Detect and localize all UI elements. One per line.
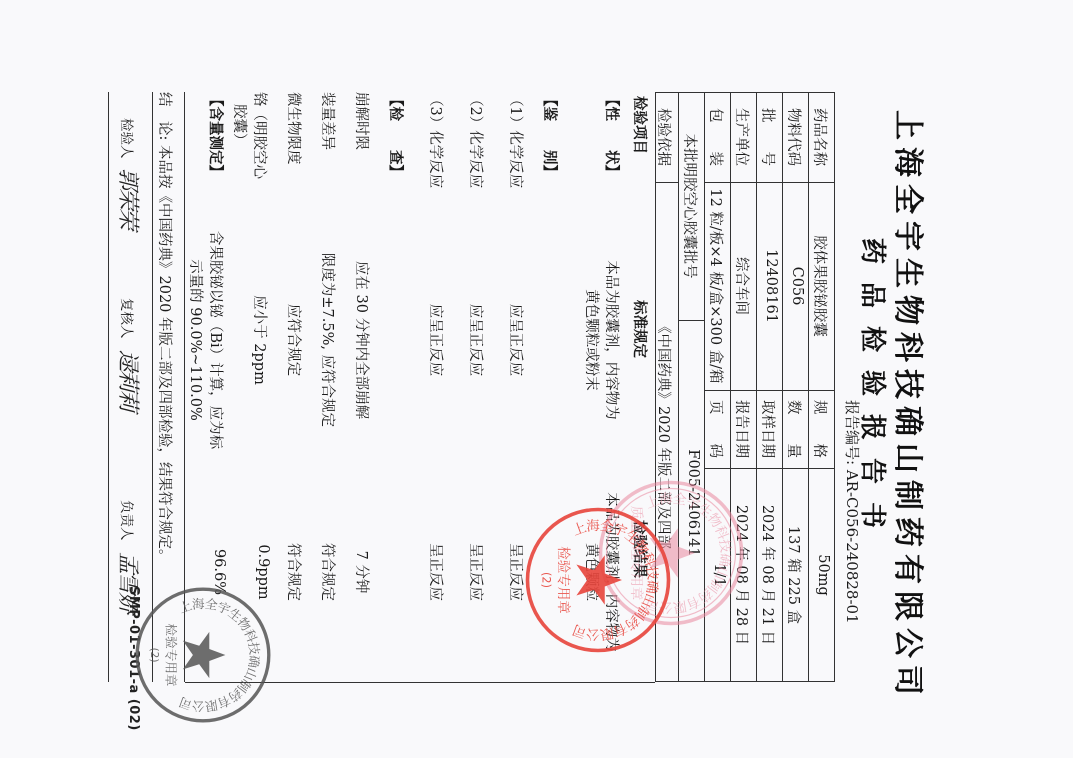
report-number: 报告编号: AR-C056-240828-01 <box>842 400 863 624</box>
test-item: 崩解时限 <box>352 92 373 150</box>
divider <box>808 92 809 682</box>
responsible-label: 负责人 <box>118 500 138 541</box>
divider <box>108 92 109 682</box>
col-item: 检验项目 <box>630 96 651 154</box>
info-label: 包 装 <box>706 92 727 182</box>
info-label: 药品名称 <box>810 92 831 182</box>
info-label: 批 号 <box>758 92 779 182</box>
standard-spec: 应呈正反应 <box>506 220 527 460</box>
info-label: 物料代码 <box>784 92 805 182</box>
info-label: 生产单位 <box>732 92 753 182</box>
test-item: 微生物限度 <box>284 92 305 165</box>
test-result: 7 分钟 <box>352 462 373 682</box>
inspection-stamp-red: 上海全宇生物科技确山制药有限公司检验专用章(2) <box>523 505 673 655</box>
divider <box>655 182 679 183</box>
company-name: 上海全宇生物科技确山制药有限公司 <box>889 110 933 702</box>
test-result: 符合规定 <box>284 462 305 682</box>
svg-text:(2): (2) <box>148 648 160 663</box>
standard-spec: 应在 30 分钟内全部崩解 <box>352 220 373 460</box>
info-label: 规 格 <box>810 390 831 468</box>
info-value: C056 <box>789 182 805 390</box>
svg-text:检验专用章: 检验专用章 <box>164 624 179 687</box>
report-number-label: 报告编号: <box>843 400 861 465</box>
standard-spec: 黄色颗粒或粉末 <box>582 220 603 460</box>
inspector-signature: 郭荣荣 <box>114 168 145 228</box>
capsule-batch-label: 本批明胶空心胶囊批号 <box>680 96 701 316</box>
info-label: 数 量 <box>784 390 805 468</box>
svg-text:检验专用章: 检验专用章 <box>555 546 572 614</box>
conclusion: 结 论: 本品按《中国药典》2020 年版二部及四部检验，结果符合规定。 <box>155 92 176 564</box>
info-label: 取样日期 <box>758 390 779 468</box>
test-item: 【检 查】 <box>386 92 407 179</box>
standard-spec: 限度为±7.5%, 应符合规定 <box>318 220 339 460</box>
divider <box>756 92 757 682</box>
standard-spec: 应符合规定 <box>284 220 305 460</box>
reviewer-label: 复核人 <box>118 298 138 339</box>
info-value: 50mg <box>815 468 831 682</box>
test-item: 装量差异 <box>318 92 339 150</box>
standard-spec: 应呈正反应 <box>426 220 447 460</box>
test-item: （3）化学反应 <box>426 92 447 188</box>
info-value: 12408161 <box>763 182 779 390</box>
test-item: 铬（明胶空心 <box>250 92 271 179</box>
test-item: 胶囊） <box>230 104 251 148</box>
info-value: 综合车间 <box>732 182 753 390</box>
inspection-stamp-grey: 上海全宇生物科技确山制药有限公司检验专用章(2) <box>133 585 273 725</box>
inspector-label: 检验人 <box>118 118 138 159</box>
reviewer-signature: 逯莉莉 <box>114 350 145 410</box>
standard-spec: 含果胶铋以铋（Bi）计算，应为标 <box>206 220 227 460</box>
info-value: 12 粒/板×4 板/盒×300 盒/箱 <box>706 182 727 390</box>
test-result: 呈正反应 <box>426 462 447 682</box>
svg-text:限: 限 <box>598 624 614 642</box>
divider <box>782 92 783 682</box>
info-value: 胶体果胶铋胶囊 <box>810 182 831 390</box>
basis-label: 检验依据 <box>654 92 675 182</box>
standard-spec: 示量的 90.0%~110.0% <box>186 220 207 460</box>
info-value: 137 箱 225 盒 <box>784 468 805 682</box>
standard-spec: 本品为胶囊剂，内容物为 <box>602 220 623 460</box>
report-number-value: AR-C056-240828-01 <box>843 470 861 624</box>
test-result: 符合规定 <box>318 462 339 682</box>
standard-spec: 应小于 2ppm <box>250 220 271 460</box>
info-label: 页 码 <box>706 390 727 468</box>
test-result: 呈正反应 <box>466 462 487 682</box>
conclusion-label: 结 论: <box>156 92 172 140</box>
test-item: 【鉴 别】 <box>540 92 561 179</box>
divider <box>679 320 705 321</box>
conclusion-text: 本品按《中国药典》2020 年版二部及四部检验，结果符合规定。 <box>156 145 172 564</box>
test-item: 【性 状】 <box>602 92 623 179</box>
info-label: 报告日期 <box>732 390 753 468</box>
svg-text:限: 限 <box>671 597 687 615</box>
svg-text:(2): (2) <box>540 572 553 588</box>
col-standard: 标准规定 <box>630 300 651 358</box>
test-item: 【含量测定】 <box>206 92 227 179</box>
info-value: 2024 年 08 月 21 日 <box>758 468 779 682</box>
test-item: （1）化学反应 <box>506 92 527 188</box>
standard-spec: 应呈正反应 <box>466 220 487 460</box>
test-item: （2）化学反应 <box>466 92 487 188</box>
inspection-report-page: SMP-01-301-a (02) 上海全宇生物科技确山制药有限公司 药品检验报… <box>0 0 1073 758</box>
svg-text:限: 限 <box>203 697 218 714</box>
